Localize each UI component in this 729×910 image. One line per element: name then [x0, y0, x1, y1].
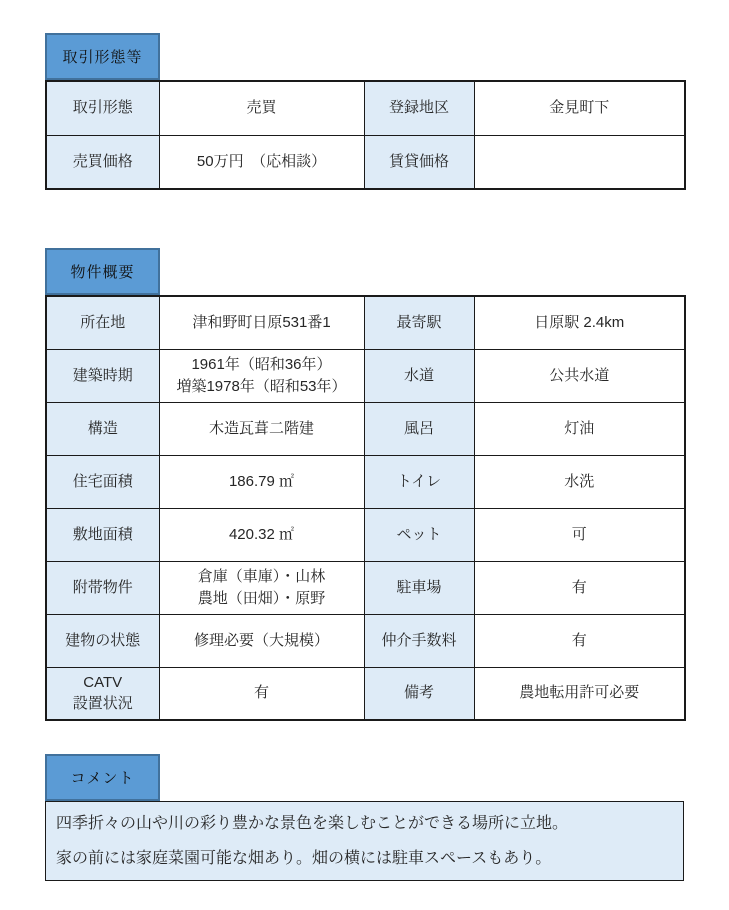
location-value: 津和野町日原531番1	[159, 296, 364, 349]
section-spacer	[45, 721, 684, 754]
house-area-value: 186.79 ㎡	[159, 455, 364, 508]
table-row: 建築時期 1961年（昭和36年） 増築1978年（昭和53年） 水道 公共水道	[46, 349, 685, 402]
rent-price-label: 賃貸価格	[364, 135, 474, 189]
parking-label: 駐車場	[364, 561, 474, 614]
nearest-station-label: 最寄駅	[364, 296, 474, 349]
section-tab-property: 物件概要	[45, 248, 160, 295]
location-label: 所在地	[46, 296, 159, 349]
transaction-table: 取引形態 売買 登録地区 金見町下 売買価格 50万円 （応相談） 賃貸価格	[45, 80, 686, 190]
table-row: 構造 木造瓦葺二階建 風呂 灯油	[46, 402, 685, 455]
pets-value: 可	[474, 508, 685, 561]
registered-district-value: 金見町下	[474, 81, 685, 135]
comment-text: 四季折々の山や川の彩り豊かな景色を楽しむことができる場所に立地。 家の前には家庭…	[56, 806, 568, 876]
pets-label: ペット	[364, 508, 474, 561]
property-sheet: 取引形態等 取引形態 売買 登録地区 金見町下 売買価格 50万円 （応相談） …	[0, 0, 729, 881]
toilet-label: トイレ	[364, 455, 474, 508]
property-table: 所在地 津和野町日原531番1 最寄駅 日原駅 2.4km 建築時期 1961年…	[45, 295, 686, 721]
nearest-station-value: 日原駅 2.4km	[474, 296, 685, 349]
water-supply-value: 公共水道	[474, 349, 685, 402]
building-condition-label: 建物の状態	[46, 614, 159, 667]
attached-property-label: 附帯物件	[46, 561, 159, 614]
water-supply-label: 水道	[364, 349, 474, 402]
section-tab-comment: コメント	[45, 754, 160, 801]
table-row: 敷地面積 420.32 ㎡ ペット 可	[46, 508, 685, 561]
table-row: 所在地 津和野町日原531番1 最寄駅 日原駅 2.4km	[46, 296, 685, 349]
catv-value: 有	[159, 667, 364, 720]
built-year-label: 建築時期	[46, 349, 159, 402]
land-area-value: 420.32 ㎡	[159, 508, 364, 561]
transaction-type-label: 取引形態	[46, 81, 159, 135]
toilet-value: 水洗	[474, 455, 685, 508]
registered-district-label: 登録地区	[364, 81, 474, 135]
parking-value: 有	[474, 561, 685, 614]
bath-value: 灯油	[474, 402, 685, 455]
table-row: 建物の状態 修理必要（大規模） 仲介手数料 有	[46, 614, 685, 667]
bath-label: 風呂	[364, 402, 474, 455]
land-area-label: 敷地面積	[46, 508, 159, 561]
section-title: コメント	[70, 767, 134, 788]
table-row: 住宅面積 186.79 ㎡ トイレ 水洗	[46, 455, 685, 508]
building-condition-value: 修理必要（大規模）	[159, 614, 364, 667]
brokerage-fee-value: 有	[474, 614, 685, 667]
remarks-label: 備考	[364, 667, 474, 720]
table-row: 売買価格 50万円 （応相談） 賃貸価格	[46, 135, 685, 189]
section-title: 取引形態等	[62, 46, 142, 67]
sale-price-label: 売買価格	[46, 135, 159, 189]
structure-value: 木造瓦葺二階建	[159, 402, 364, 455]
section-title: 物件概要	[70, 261, 134, 282]
transaction-type-value: 売買	[159, 81, 364, 135]
built-year-value: 1961年（昭和36年） 増築1978年（昭和53年）	[159, 349, 364, 402]
section-spacer	[45, 190, 684, 248]
structure-label: 構造	[46, 402, 159, 455]
table-row: 附帯物件 倉庫（車庫）・山林 農地（田畑）・原野 駐車場 有	[46, 561, 685, 614]
rent-price-value	[474, 135, 685, 189]
section-tab-transaction: 取引形態等	[45, 33, 160, 80]
house-area-label: 住宅面積	[46, 455, 159, 508]
catv-label: CATV 設置状況	[46, 667, 159, 720]
table-row: 取引形態 売買 登録地区 金見町下	[46, 81, 685, 135]
remarks-value: 農地転用許可必要	[474, 667, 685, 720]
attached-property-value: 倉庫（車庫）・山林 農地（田畑）・原野	[159, 561, 364, 614]
table-row: CATV 設置状況 有 備考 農地転用許可必要	[46, 667, 685, 720]
brokerage-fee-label: 仲介手数料	[364, 614, 474, 667]
sale-price-value: 50万円 （応相談）	[159, 135, 364, 189]
comment-body: 四季折々の山や川の彩り豊かな景色を楽しむことができる場所に立地。 家の前には家庭…	[45, 801, 684, 881]
